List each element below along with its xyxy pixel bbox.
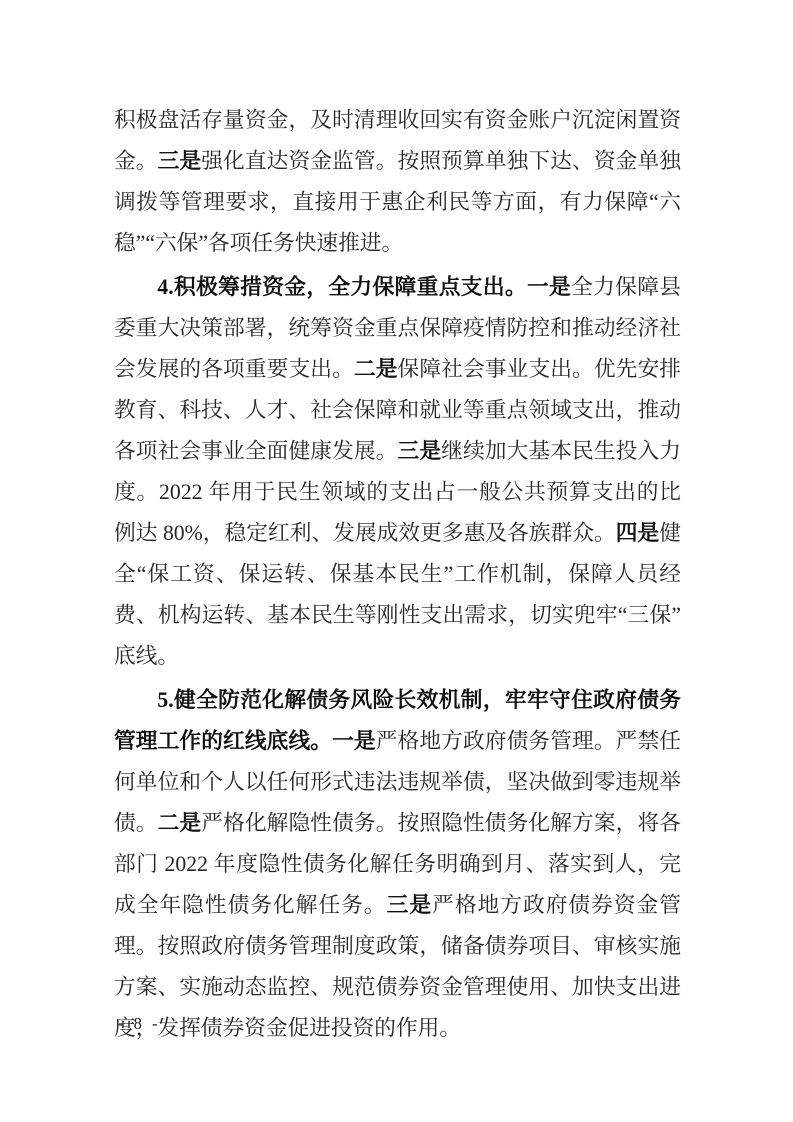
text-run-emphasis: 二是 xyxy=(354,357,398,381)
document-body: 积极盘活存量资金，及时清理收回实有资金账户沉淀闲置资金。三是强化直达资金监管。按… xyxy=(114,100,681,1052)
text-run-emphasis: 三是 xyxy=(398,439,442,463)
document-page: 积极盘活存量资金，及时清理收回实有资金账户沉淀闲置资金。三是强化直达资金监管。按… xyxy=(0,0,793,1122)
item-4-heading: 4.积极筹措资金，全力保障重点支出。一是 xyxy=(157,275,571,299)
text-run-emphasis: 三是 xyxy=(387,893,432,917)
text-run-emphasis: 二是 xyxy=(158,811,202,835)
text-run-emphasis: 三是 xyxy=(158,149,202,173)
paragraph-item-5: 5.健全防范化解债务风险长效机制，牢牢守住政府债务管理工作的红线底线。一是严格地… xyxy=(114,680,681,1049)
page-number: - 8 - xyxy=(118,1014,161,1034)
text-run-emphasis: 四是 xyxy=(616,521,659,545)
paragraph-continuation: 积极盘活存量资金，及时清理收回实有资金账户沉淀闲置资金。三是强化直达资金监管。按… xyxy=(114,100,681,264)
paragraph-item-4: 4.积极筹措资金，全力保障重点支出。一是全力保障县委重大决策部署，统筹资金重点保… xyxy=(114,267,681,677)
